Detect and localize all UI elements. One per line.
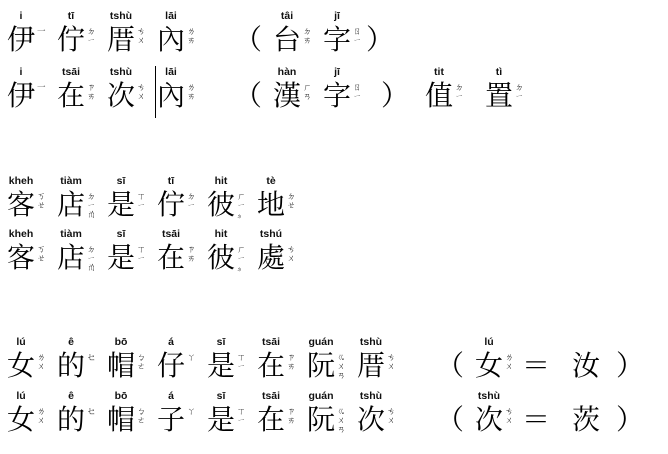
- romanization: tsāi: [256, 336, 286, 348]
- zhuyin-annotation: ㄒㄧ: [137, 193, 151, 211]
- zhuyin-annotation: ㆣㄨㄢ: [337, 354, 351, 381]
- zhuyin-annotation: ㆠㄜ: [137, 354, 151, 372]
- hanzi-character: 次: [474, 404, 504, 436]
- zhuyin-annotation: ㄉㄝ: [287, 193, 301, 211]
- punctuation: ）: [381, 80, 409, 112]
- romanization: sī: [206, 390, 236, 402]
- hanzi-character: 女: [6, 350, 36, 382]
- text-line-6: lú女ㄌㄨê的ㆤbō帽ㆠㄜá子ㄚsī是ㄒㄧtsāi在ㄗㄞguán阮ㆣㄨㄢtshù…: [6, 390, 666, 438]
- hanzi-character: 內: [156, 80, 186, 112]
- hanzi-character: 的: [56, 350, 86, 382]
- zhuyin-annotation: ㄗㄞ: [287, 354, 301, 372]
- zhuyin-annotation: ㄌㄞ: [187, 28, 201, 46]
- zhuyin-annotation: ㆤ: [87, 354, 101, 363]
- romanization: tshù: [356, 336, 386, 348]
- text-line-5: lú女ㄌㄨê的ㆤbō帽ㆠㄜá仔ㄚsī是ㄒㄧtsāi在ㄗㄞguán阮ㆣㄨㄢtshù…: [6, 336, 666, 384]
- zhuyin-annotation: ㄒㄧ: [237, 408, 251, 426]
- hanzi-character: 厝: [356, 350, 386, 382]
- zhuyin-annotation: ㄎㄝ: [37, 246, 51, 264]
- punctuation: ＝: [522, 350, 550, 382]
- zhuyin-annotation: ㄏㄧㆵ: [237, 246, 251, 273]
- romanization: tsāi: [156, 228, 186, 240]
- punctuation: （: [234, 80, 262, 112]
- hanzi-character: 彼: [206, 189, 236, 221]
- romanization: guán: [306, 336, 336, 348]
- romanization: tiàm: [56, 175, 86, 187]
- zhuyin-annotation: ㄉㄧ: [515, 84, 529, 102]
- zhuyin-annotation: ㄌㄨ: [37, 354, 51, 372]
- romanization: á: [156, 390, 186, 402]
- zhuyin-annotation: ㄘㄨ: [137, 84, 151, 102]
- romanization: sī: [106, 228, 136, 240]
- zhuyin-annotation: 一: [37, 84, 51, 93]
- punctuation: 汝: [572, 350, 600, 382]
- hanzi-character: 是: [106, 189, 136, 221]
- hanzi-character: 次: [356, 404, 386, 436]
- zhuyin-annotation: ㄘㄨ: [387, 408, 401, 426]
- zhuyin-annotation: ㄘㄨ: [137, 28, 151, 46]
- hanzi-character: 客: [6, 242, 36, 274]
- romanization: tsāi: [256, 390, 286, 402]
- romanization: tī: [56, 10, 86, 22]
- hanzi-character: 帽: [106, 350, 136, 382]
- hanzi-character: 女: [6, 404, 36, 436]
- zhuyin-annotation: ㄌㄞ: [187, 84, 201, 102]
- hanzi-character: 漢: [272, 80, 302, 112]
- romanization: hàn: [272, 66, 302, 78]
- hanzi-character: 佇: [56, 24, 86, 56]
- romanization: guán: [306, 390, 336, 402]
- romanization: lú: [6, 336, 36, 348]
- hanzi-character: 女: [474, 350, 504, 382]
- hanzi-character: 阮: [306, 404, 336, 436]
- punctuation: ）: [616, 350, 644, 382]
- hanzi-character: 在: [256, 350, 286, 382]
- zhuyin-annotation: ㄘㄨ: [287, 246, 301, 264]
- hanzi-character: 的: [56, 404, 86, 436]
- romanization: ê: [56, 390, 86, 402]
- hanzi-character: 店: [56, 189, 86, 221]
- punctuation: （: [436, 404, 464, 436]
- hanzi-character: 是: [206, 350, 236, 382]
- hanzi-character: 台: [272, 24, 302, 56]
- zhuyin-annotation: ㄗㄞ: [287, 408, 301, 426]
- hanzi-character: 伊: [6, 24, 36, 56]
- punctuation: ＝: [522, 404, 550, 436]
- romanization: tsāi: [56, 66, 86, 78]
- zhuyin-annotation: ㄒㄧ: [137, 246, 151, 264]
- hanzi-character: 置: [484, 80, 514, 112]
- hanzi-character: 在: [56, 80, 86, 112]
- hanzi-character: 處: [256, 242, 286, 274]
- zhuyin-annotation: ㄒㄧ: [237, 354, 251, 372]
- romanization: sī: [206, 336, 236, 348]
- zhuyin-annotation: ㆠㄜ: [137, 408, 151, 426]
- romanization: lāi: [156, 10, 186, 22]
- romanization: tī: [156, 175, 186, 187]
- hanzi-character: 次: [106, 80, 136, 112]
- zhuyin-annotation: 一: [37, 28, 51, 37]
- hanzi-character: 地: [256, 189, 286, 221]
- romanization: tâi: [272, 10, 302, 22]
- hanzi-character: 字: [322, 80, 352, 112]
- romanization: tshù: [106, 66, 136, 78]
- text-cursor: [155, 66, 156, 118]
- romanization: hit: [206, 175, 236, 187]
- zhuyin-annotation: ㄌㄨ: [505, 354, 519, 372]
- zhuyin-annotation: ㆣㄨㄢ: [337, 408, 351, 435]
- zhuyin-annotation: ㄖㄧ: [353, 28, 367, 46]
- zhuyin-annotation: ㄌㄨ: [37, 408, 51, 426]
- hanzi-character: 在: [256, 404, 286, 436]
- hanzi-character: 厝: [106, 24, 136, 56]
- romanization: jī: [322, 66, 352, 78]
- hanzi-character: 值: [424, 80, 454, 112]
- zhuyin-annotation: ㄚ: [187, 408, 201, 417]
- hanzi-character: 在: [156, 242, 186, 274]
- romanization: i: [6, 66, 36, 78]
- hanzi-character: 內: [156, 24, 186, 56]
- punctuation: （: [234, 24, 262, 56]
- punctuation: ）: [366, 24, 394, 56]
- hanzi-character: 字: [322, 24, 352, 56]
- hanzi-character: 帽: [106, 404, 136, 436]
- zhuyin-annotation: ㄘㄨ: [387, 354, 401, 372]
- punctuation: （: [436, 350, 464, 382]
- romanization: tshù: [106, 10, 136, 22]
- punctuation: ）: [616, 404, 644, 436]
- romanization: bō: [106, 336, 136, 348]
- zhuyin-annotation: ㄉㄧ: [87, 28, 101, 46]
- romanization: lú: [6, 390, 36, 402]
- text-line-2: i伊一tsāi在ㄗㄞtshù次ㄘㄨlāi內ㄌㄞhàn漢ㄏㄢjī字ㄖㄧtit值ㄉㄧ…: [6, 66, 666, 114]
- hanzi-character: 是: [206, 404, 236, 436]
- romanization: tè: [256, 175, 286, 187]
- zhuyin-annotation: ㄉㄞ: [303, 28, 317, 46]
- romanization: i: [6, 10, 36, 22]
- zhuyin-annotation: ㄖㄧ: [353, 84, 367, 102]
- romanization: tshù: [474, 390, 504, 402]
- romanization: ê: [56, 336, 86, 348]
- text-line-3: kheh客ㄎㄝtiàm店ㄉㄧㆰsī是ㄒㄧtī佇ㄉㄧhit彼ㄏㄧㆵtè地ㄉㄝ: [6, 175, 666, 223]
- zhuyin-annotation: ㄘㄨ: [505, 408, 519, 426]
- romanization: kheh: [6, 228, 36, 240]
- zhuyin-annotation: ㄚ: [187, 354, 201, 363]
- romanization: lú: [474, 336, 504, 348]
- hanzi-character: 店: [56, 242, 86, 274]
- zhuyin-annotation: ㄉㄧㆰ: [87, 193, 101, 220]
- zhuyin-annotation: ㄉㄧ: [187, 193, 201, 211]
- hanzi-character: 伊: [6, 80, 36, 112]
- romanization: tshù: [356, 390, 386, 402]
- romanization: bō: [106, 390, 136, 402]
- romanization: jī: [322, 10, 352, 22]
- text-line-1: i伊一tī佇ㄉㄧtshù厝ㄘㄨlāi內ㄌㄞtâi台ㄉㄞjī字ㄖㄧ（）: [6, 10, 666, 58]
- romanization: tiàm: [56, 228, 86, 240]
- zhuyin-annotation: ㄎㄝ: [37, 193, 51, 211]
- romanization: tit: [424, 66, 454, 78]
- hanzi-character: 佇: [156, 189, 186, 221]
- romanization: lāi: [156, 66, 186, 78]
- hanzi-character: 是: [106, 242, 136, 274]
- zhuyin-annotation: ㄉㄧㆰ: [87, 246, 101, 273]
- hanzi-character: 仔: [156, 350, 186, 382]
- hanzi-character: 阮: [306, 350, 336, 382]
- zhuyin-annotation: ㄏㄧㆵ: [237, 193, 251, 220]
- zhuyin-annotation: ㄉㄧ: [455, 84, 469, 102]
- romanization: á: [156, 336, 186, 348]
- romanization: hit: [206, 228, 236, 240]
- romanization: kheh: [6, 175, 36, 187]
- zhuyin-annotation: ㄗㄞ: [87, 84, 101, 102]
- hanzi-character: 客: [6, 189, 36, 221]
- text-line-4: kheh客ㄎㄝtiàm店ㄉㄧㆰsī是ㄒㄧtsāi在ㄗㄞhit彼ㄏㄧㆵtshú處ㄘ…: [6, 228, 666, 276]
- zhuyin-annotation: ㄗㄞ: [187, 246, 201, 264]
- hanzi-character: 子: [156, 404, 186, 436]
- zhuyin-annotation: ㆤ: [87, 408, 101, 417]
- hanzi-character: 彼: [206, 242, 236, 274]
- zhuyin-annotation: ㄏㄢ: [303, 84, 317, 102]
- romanization: sī: [106, 175, 136, 187]
- romanization: tshú: [256, 228, 286, 240]
- punctuation: 茨: [572, 404, 600, 436]
- romanization: tì: [484, 66, 514, 78]
